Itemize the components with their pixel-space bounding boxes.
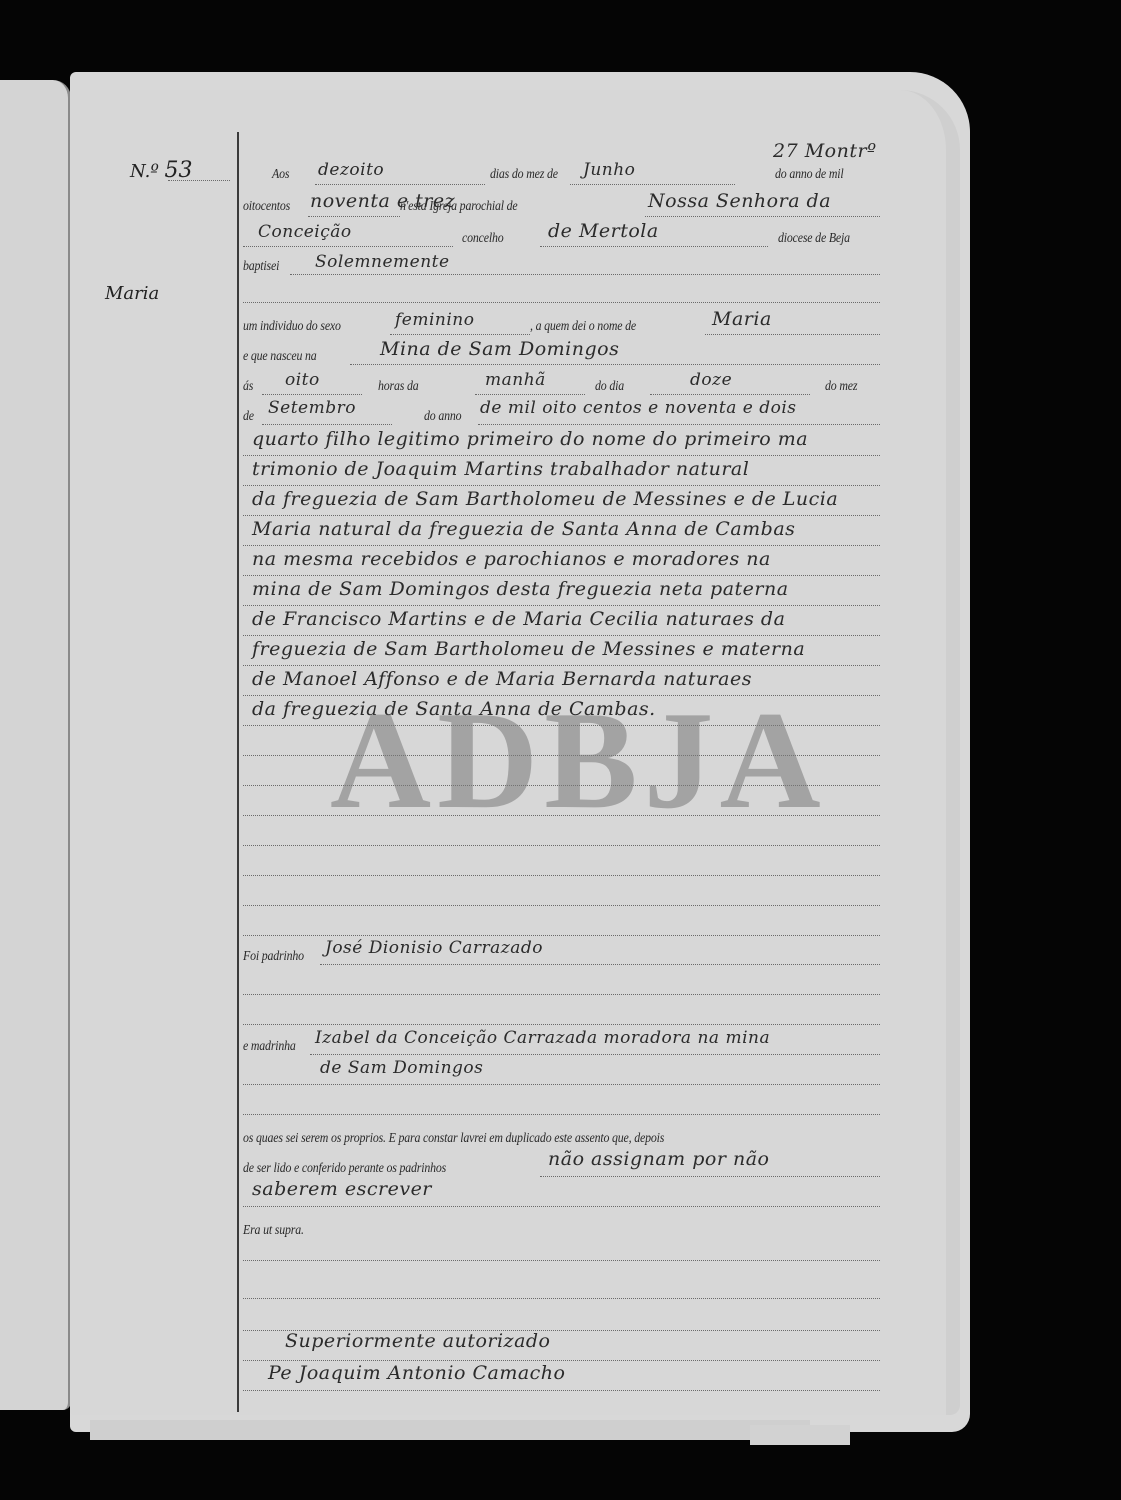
label-dias-mez: dias do mez de xyxy=(490,166,558,182)
narrative-line: Maria natural da freguezia de Santa Anna… xyxy=(252,518,795,540)
ruled-line xyxy=(243,1084,880,1085)
ruled-line xyxy=(243,905,880,906)
ruled-line xyxy=(243,1260,880,1261)
underline xyxy=(650,394,810,395)
narrative-line: na mesma recebidos e parochianos e morad… xyxy=(252,548,771,570)
field-parish-cont: Conceição xyxy=(258,222,352,242)
underline xyxy=(315,184,485,185)
field-parish: Nossa Senhora da xyxy=(648,190,831,212)
underline xyxy=(243,246,453,247)
label-diocese: diocese de Beja xyxy=(778,230,850,246)
narrative-line: quarto filho legitimo primeiro do nome d… xyxy=(252,428,808,450)
narrative-line: de Francisco Martins e de Maria Cecilia … xyxy=(252,608,785,630)
ruled-line xyxy=(243,575,880,576)
label-dia: do dia xyxy=(595,378,624,394)
ruled-line xyxy=(243,635,880,636)
underline xyxy=(390,334,530,335)
ruled-line xyxy=(243,1206,880,1207)
priest-signature: Pe Joaquim Antonio Camacho xyxy=(268,1362,565,1384)
underline xyxy=(290,274,880,275)
underline xyxy=(320,964,880,965)
label-padrinho: Foi padrinho xyxy=(243,948,304,964)
ruled-line xyxy=(243,1390,880,1391)
left-page-edge xyxy=(0,80,71,1410)
ruled-line xyxy=(243,1114,880,1115)
ruled-line xyxy=(243,605,880,606)
underline xyxy=(310,1054,880,1055)
field-period: manhã xyxy=(485,370,546,390)
label-mez: do mez xyxy=(825,378,857,394)
field-signature-note-cont: saberem escrever xyxy=(252,1178,432,1200)
page-edge-tab xyxy=(750,1425,850,1445)
underline xyxy=(540,246,768,247)
margin-rule xyxy=(237,132,239,1412)
underline xyxy=(308,216,400,217)
corner-note: 27 Montrº xyxy=(773,140,877,162)
field-padrinho: José Dionisio Carrazado xyxy=(325,938,543,958)
ruled-line xyxy=(243,665,880,666)
label-oitocentos: oitocentos xyxy=(243,198,290,214)
label-nasceu: e que nasceu na xyxy=(243,348,317,364)
field-madrinha: Izabel da Conceição Carrazada moradora n… xyxy=(315,1028,770,1048)
era-ut-supra: Era ut supra. xyxy=(243,1222,304,1238)
underline xyxy=(570,184,735,185)
ruled-line xyxy=(243,994,880,995)
field-birthplace: Mina de Sam Domingos xyxy=(380,338,619,360)
closing-label: de ser lido e conferido perante os padri… xyxy=(243,1160,446,1176)
field-sex: feminino xyxy=(395,310,474,330)
narrative-line: mina de Sam Domingos desta freguezia net… xyxy=(252,578,789,600)
field-madrinha-cont: de Sam Domingos xyxy=(320,1058,483,1078)
underline xyxy=(540,1176,880,1177)
narrative-line: da freguezia de Sam Bartholomeu de Messi… xyxy=(252,488,838,510)
margin-child-name: Maria xyxy=(105,283,159,304)
closing-text: os quaes sei serem os proprios. E para c… xyxy=(243,1130,664,1146)
underline xyxy=(262,394,362,395)
ruled-line xyxy=(243,935,880,936)
field-birth-year: de mil oito centos e noventa e dois xyxy=(480,398,797,418)
field-birth-day: doze xyxy=(690,370,732,390)
field-hour: oito xyxy=(285,370,320,390)
page-edge-bottom xyxy=(90,1420,810,1440)
label-anno-mil: do anno de mil xyxy=(775,166,843,182)
record-number-label: N.º xyxy=(130,161,159,182)
label-igreja: n'esta Igreja parochial de xyxy=(400,198,518,214)
field-month: Junho xyxy=(583,160,635,180)
ruled-line xyxy=(243,1298,880,1299)
ruled-line xyxy=(243,1024,880,1025)
label-madrinha: e madrinha xyxy=(243,1038,296,1054)
underline xyxy=(262,424,392,425)
underline xyxy=(705,334,880,335)
label-aos: Aos xyxy=(272,166,289,182)
signature-authorization: Superiormente autorizado xyxy=(285,1330,551,1352)
underline xyxy=(350,364,880,365)
ruled-line xyxy=(243,845,880,846)
ruled-line xyxy=(243,875,880,876)
field-signature-note: não assignam por não xyxy=(548,1148,769,1170)
label-de: de xyxy=(243,408,254,424)
label-concelho: concelho xyxy=(462,230,503,246)
underline xyxy=(475,394,585,395)
label-as: ás xyxy=(243,378,253,394)
archive-watermark: ADBJA xyxy=(330,680,827,841)
ruled-line xyxy=(243,545,880,546)
ruled-line xyxy=(243,455,880,456)
underline xyxy=(478,424,880,425)
label-anno: do anno xyxy=(424,408,461,424)
field-manner: Solemnemente xyxy=(315,252,450,272)
blank-line xyxy=(243,302,880,303)
record-number-underline xyxy=(168,180,230,181)
ruled-line xyxy=(243,1360,880,1361)
field-concelho: de Mertola xyxy=(548,220,659,242)
field-name: Maria xyxy=(712,308,772,330)
field-day: dezoito xyxy=(318,160,384,180)
label-horas: horas da xyxy=(378,378,419,394)
field-birth-month: Setembro xyxy=(268,398,356,418)
narrative-line: trimonio de Joaquim Martins trabalhador … xyxy=(252,458,749,480)
underline xyxy=(645,216,880,217)
label-baptisei: baptisei xyxy=(243,258,279,274)
label-sexo: um individuo do sexo xyxy=(243,318,341,334)
ruled-line xyxy=(243,485,880,486)
narrative-line: freguezia de Sam Bartholomeu de Messines… xyxy=(252,638,805,660)
ruled-line xyxy=(243,515,880,516)
label-nome: , a quem dei o nome de xyxy=(530,318,636,334)
